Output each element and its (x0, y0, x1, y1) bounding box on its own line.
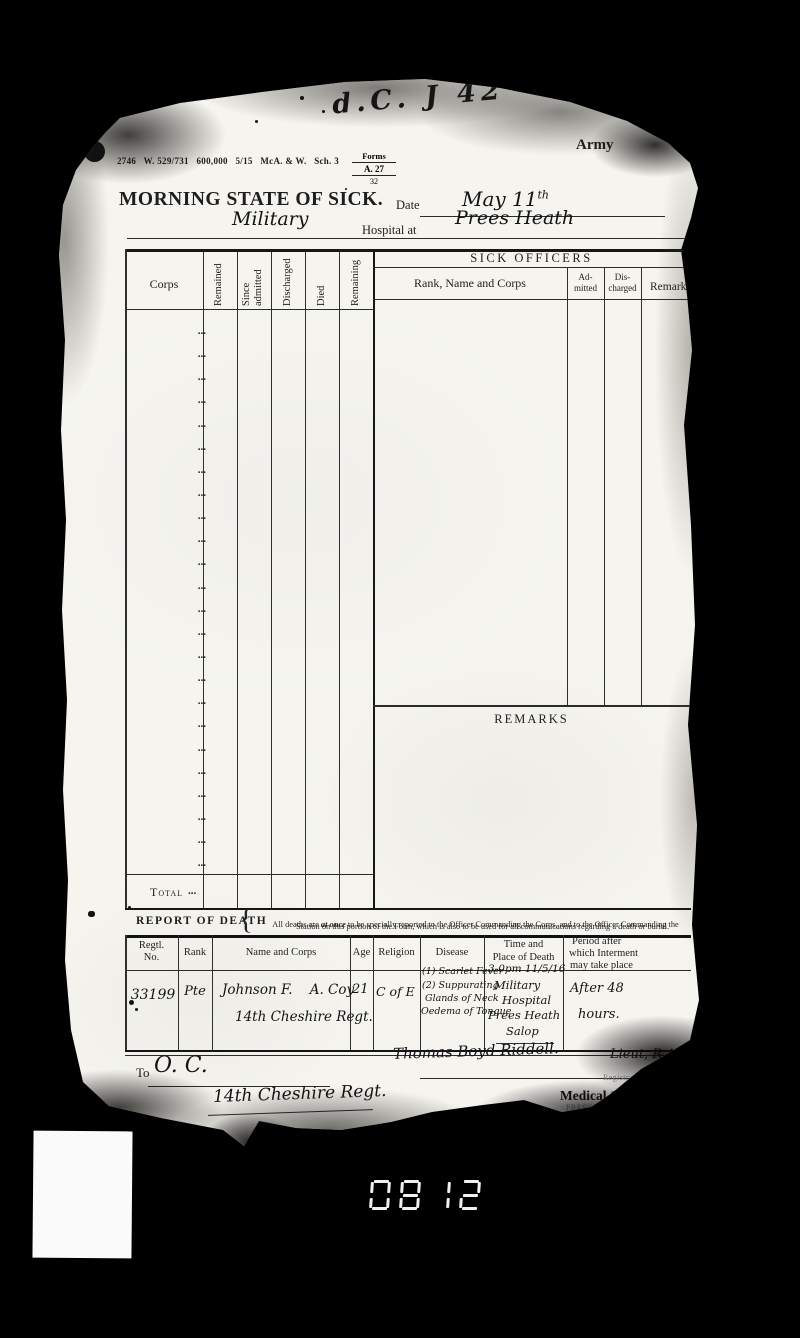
ink-speck (322, 110, 325, 113)
rank-header: Rank (178, 947, 212, 958)
officers-header-bottom-line (373, 299, 691, 300)
total-label: Total (150, 886, 183, 899)
to-label: To (136, 1066, 150, 1080)
officers-panel-divider (373, 249, 375, 908)
date-suffix: th (538, 188, 550, 201)
col-line-since-admitted (271, 252, 272, 908)
entry-regtl-no: 33199 (128, 988, 178, 1003)
sick-table-row-marker: ... (160, 644, 206, 667)
army-label: Army (576, 138, 614, 154)
segment-d (372, 1207, 387, 1210)
name-corps-header: Name and Corps (212, 947, 350, 958)
entry-time-line2: Military (494, 979, 540, 991)
entry-time-line5: Salop (506, 1025, 539, 1037)
white-card (32, 1131, 132, 1259)
sick-table-row-marker: ... (160, 690, 206, 713)
sick-table-row-marker: ... (160, 667, 206, 690)
officers-remarks-header: Remarks (650, 281, 691, 293)
top-handwritten-reference: d.C. J 42 (331, 77, 506, 120)
sick-table-row-marker: ... (160, 621, 206, 644)
religion-header: Religion (373, 947, 420, 958)
segment-c (446, 1198, 450, 1209)
printer-imprint: 2746 W. 529/731 600,000 5/15 McA. & W. S… (117, 157, 339, 166)
segment-b (447, 1182, 451, 1193)
hospital-name-value: Prees Heath (455, 209, 574, 229)
sick-table-row-marker: ... (160, 551, 206, 574)
hospital-rule (127, 238, 687, 239)
entry-rank: Pte (180, 985, 210, 999)
since-admitted-column-header: Since admitted (241, 248, 266, 306)
sick-table-rows: ........................................… (160, 320, 206, 875)
report-of-death-brace: { (239, 905, 253, 935)
segment-a (464, 1180, 479, 1183)
sick-table-row-marker: ... (160, 389, 206, 412)
entry-time-line1: 3-0pm 11/5/16 (488, 964, 565, 975)
entry-period-line1: After 48 (570, 982, 624, 996)
scanned-document-page: d.C. J 42 2746 W. 529/731 600,000 5/15 M… (0, 0, 800, 1338)
time-place-header-line2: Place of Death (484, 952, 563, 963)
died-column-header: Died (316, 248, 328, 306)
form-reference-line3: 32 (352, 176, 396, 186)
admitted-line2: mitted (567, 283, 604, 294)
sick-officers-title: SICK OFFICERS (373, 252, 690, 265)
sick-table-row-marker: ... (160, 436, 206, 459)
sick-table-row-marker: ... (160, 505, 206, 528)
segment-a (374, 1180, 389, 1183)
sick-table-row-marker: ... (160, 482, 206, 505)
total-row-marker: ... (188, 886, 196, 898)
date-label: Date (396, 199, 420, 212)
ink-speck (129, 1000, 134, 1005)
counter-digit (429, 1180, 451, 1210)
segment-a (404, 1180, 419, 1183)
signature-flourish: n L (615, 1099, 649, 1122)
period-header-line3: may take place (570, 960, 633, 971)
sick-table-row-marker: ... (160, 598, 206, 621)
sick-table-row-marker: ... (160, 783, 206, 806)
table-bottom-border (125, 908, 691, 910)
stamp-prees-heath: PREES HEATH, S (566, 1104, 635, 1112)
death-line-time (563, 935, 564, 1052)
segment-d (462, 1207, 477, 1210)
officers-title-underline (373, 267, 691, 268)
sick-table-row-marker: ... (160, 713, 206, 736)
to-unit-underline (208, 1109, 373, 1116)
left-header-bottom-line (125, 309, 373, 310)
disease-header: Disease (420, 947, 484, 958)
stamp-registrar: Registrar, Military H (603, 1074, 678, 1082)
entry-name-line1: Johnson F. A. Coy (222, 983, 354, 997)
segment-g (403, 1194, 418, 1197)
entry-disease-line2: (2) Suppurating (422, 981, 499, 991)
remarks-top-line (373, 705, 691, 707)
col-line-discharged (305, 252, 306, 908)
period-header-line1: Period after (572, 936, 621, 947)
report-of-death-note-line2: Station on this portion of the Form, whi… (296, 923, 669, 932)
form-reference-line1: Forms (352, 151, 396, 163)
table-left-border (125, 249, 127, 910)
discharged-line2: charged (604, 283, 641, 294)
ink-speck (88, 911, 95, 917)
sick-table-row-marker: ... (160, 852, 206, 875)
medical-officer-signature: Thomas Boyd Riddell. (393, 1041, 559, 1063)
sick-table-row-marker: ... (160, 575, 206, 598)
total-top-line (125, 874, 373, 875)
hospital-type-value: Military (232, 210, 308, 230)
col-line-died (339, 252, 340, 908)
officers-remarks-line (641, 267, 642, 705)
remarks-title: REMARKS (373, 713, 690, 726)
sick-table-row-marker: ... (160, 413, 206, 436)
remaining-column-header: Remaining (350, 244, 362, 306)
sick-table-row-marker: ... (160, 343, 206, 366)
medical-officer-title: Medical Officer in Charge (560, 1089, 712, 1103)
sick-table-row-marker: ... (160, 528, 206, 551)
to-unit: 14th Cheshire Regt. (213, 1083, 387, 1107)
admitted-line1: Ad- (567, 272, 604, 283)
frame-counter (370, 1180, 490, 1210)
entry-time-line3: Hospital (502, 994, 551, 1006)
officers-admitted-header: Ad- mitted (567, 272, 604, 294)
entry-period-line2: hours. (578, 1008, 620, 1022)
entry-time-line4: Prees Heath (488, 1009, 560, 1021)
counter-digit (399, 1180, 421, 1210)
hospital-at-label: Hospital at (362, 224, 417, 237)
sick-table-row-marker: ... (160, 760, 206, 783)
ink-speck (128, 906, 131, 909)
entry-disease-line3: Glands of Neck (425, 994, 499, 1004)
sick-table-row-marker: ... (160, 806, 206, 829)
segment-b (417, 1182, 421, 1193)
officers-discharged-header: Dis- charged (604, 272, 641, 294)
remained-column-header: Remained (213, 248, 225, 306)
period-header-line2: which Interment (569, 948, 638, 959)
segment-g (463, 1194, 478, 1197)
sick-table-row-marker: ... (160, 829, 206, 852)
segment-b (387, 1182, 391, 1193)
entry-age: 21 (352, 983, 369, 997)
to-value: O. C. (154, 1054, 208, 1077)
ink-speck (255, 120, 258, 123)
entry-name-line2: 14th Cheshire Regt. (235, 1010, 373, 1024)
col-line-remained (237, 252, 238, 908)
segment-f (370, 1182, 374, 1193)
sick-table-row-marker: ... (160, 320, 206, 343)
sick-table-row-marker: ... (160, 737, 206, 760)
officers-name-column-header: Rank, Name and Corps (373, 277, 567, 290)
discharged-line1: Dis- (604, 272, 641, 283)
entry-religion: C of E (376, 985, 415, 998)
form-reference-box: Forms A. 27 32 (352, 151, 396, 186)
sick-table-row-marker: ... (160, 366, 206, 389)
counter-digit (459, 1180, 481, 1210)
time-place-header-line1: Time and (484, 939, 563, 950)
corps-column-header: Corps (125, 278, 203, 291)
age-header: Age (350, 947, 373, 958)
regtl-header-line2: No. (125, 952, 178, 963)
form-reference-line2: A. 27 (352, 163, 396, 176)
officers-discharged-line (604, 267, 605, 705)
discharged-column-header: Discharged (282, 244, 294, 306)
regtl-header-line1: Regtl. (125, 940, 178, 951)
counter-digit (369, 1180, 391, 1210)
hole-punch (84, 141, 105, 162)
sick-table-row-marker: ... (160, 459, 206, 482)
ink-speck (135, 1008, 138, 1011)
segment-b (477, 1182, 481, 1193)
ink-speck (345, 188, 347, 190)
segment-d (402, 1207, 417, 1210)
officers-admitted-line (567, 267, 568, 705)
segment-f (400, 1182, 404, 1193)
signature-rank: Lieut, R.A. (610, 1048, 680, 1062)
ink-speck (300, 96, 304, 100)
